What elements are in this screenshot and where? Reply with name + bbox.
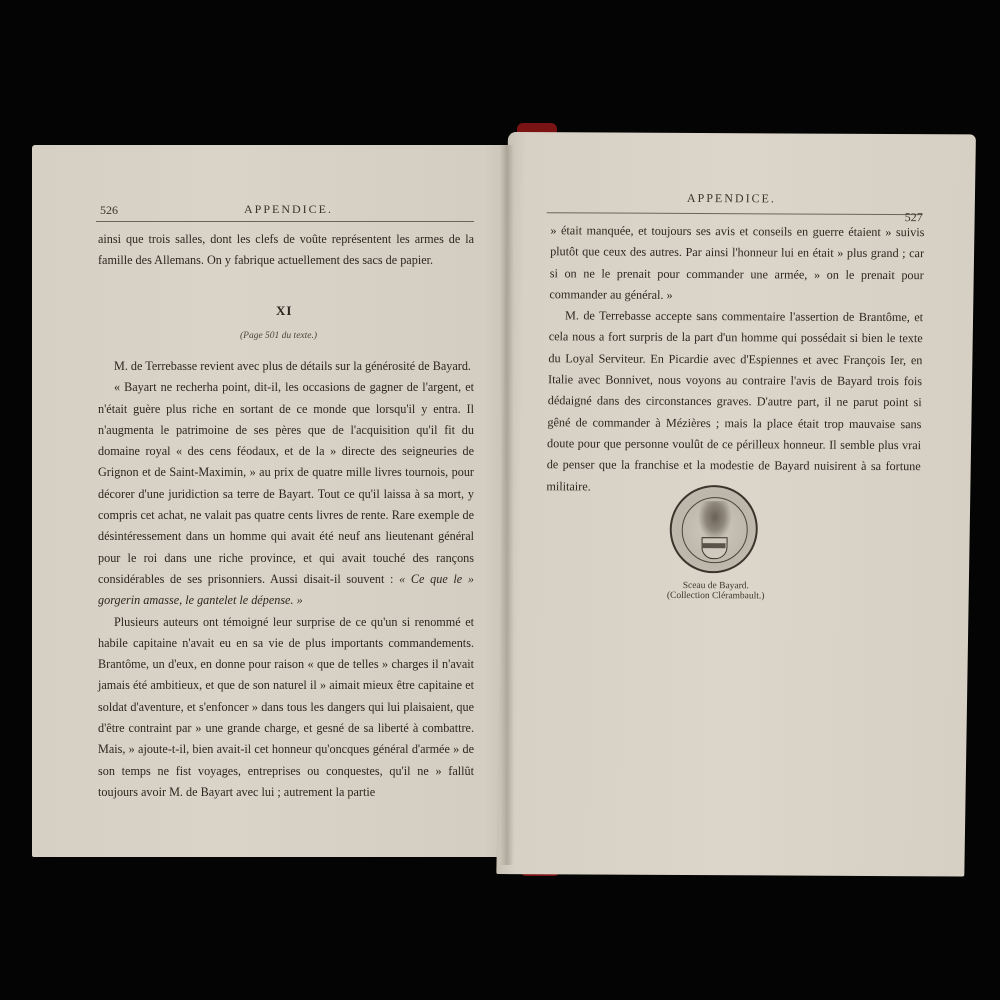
caption-source: (Collection Clérambault.) xyxy=(631,591,801,602)
left-page: 526 APPENDICE. ainsi que trois salles, d… xyxy=(32,145,508,857)
paragraph-quote-end: » était manquée, et toujours ses avis et… xyxy=(549,220,924,307)
header-rule-left xyxy=(96,221,474,222)
paragraph-intro: M. de Terrebasse revient avec plus de dé… xyxy=(98,356,474,377)
section-reference: (Page 501 du texte.) xyxy=(240,331,317,341)
paragraph-quote: « Bayart ne recherha point, dit-il, les … xyxy=(98,377,474,611)
quote-text: « Bayart ne recherha point, dit-il, les … xyxy=(98,380,474,586)
figure-caption: Sceau de Bayard. (Collection Clérambault… xyxy=(631,581,801,602)
continuation-paragraph: ainsi que trois salles, dont les clefs d… xyxy=(98,229,474,272)
page-number-left: 526 xyxy=(100,203,118,218)
seal-crest-icon xyxy=(698,501,733,541)
header-rule-right xyxy=(547,212,923,215)
left-body: M. de Terrebasse revient avec plus de dé… xyxy=(98,356,474,803)
paragraph-terrebasse: M. de Terrebasse accepte sans commentair… xyxy=(546,305,923,499)
book-spine-gutter xyxy=(500,145,514,865)
seal-medallion-icon xyxy=(669,485,758,573)
section-number: XI xyxy=(276,303,292,319)
right-page: APPENDICE. 527 » était manquée, et toujo… xyxy=(496,132,976,876)
running-head-left: APPENDICE. xyxy=(244,202,333,217)
running-head-right: APPENDICE. xyxy=(687,191,776,206)
seal-band xyxy=(701,543,725,548)
right-body: » était manquée, et toujours ses avis et… xyxy=(546,220,924,499)
continuation-text: ainsi que trois salles, dont les clefs d… xyxy=(98,229,474,272)
paragraph-brantome: Plusieurs auteurs ont témoigné leur surp… xyxy=(98,612,474,804)
